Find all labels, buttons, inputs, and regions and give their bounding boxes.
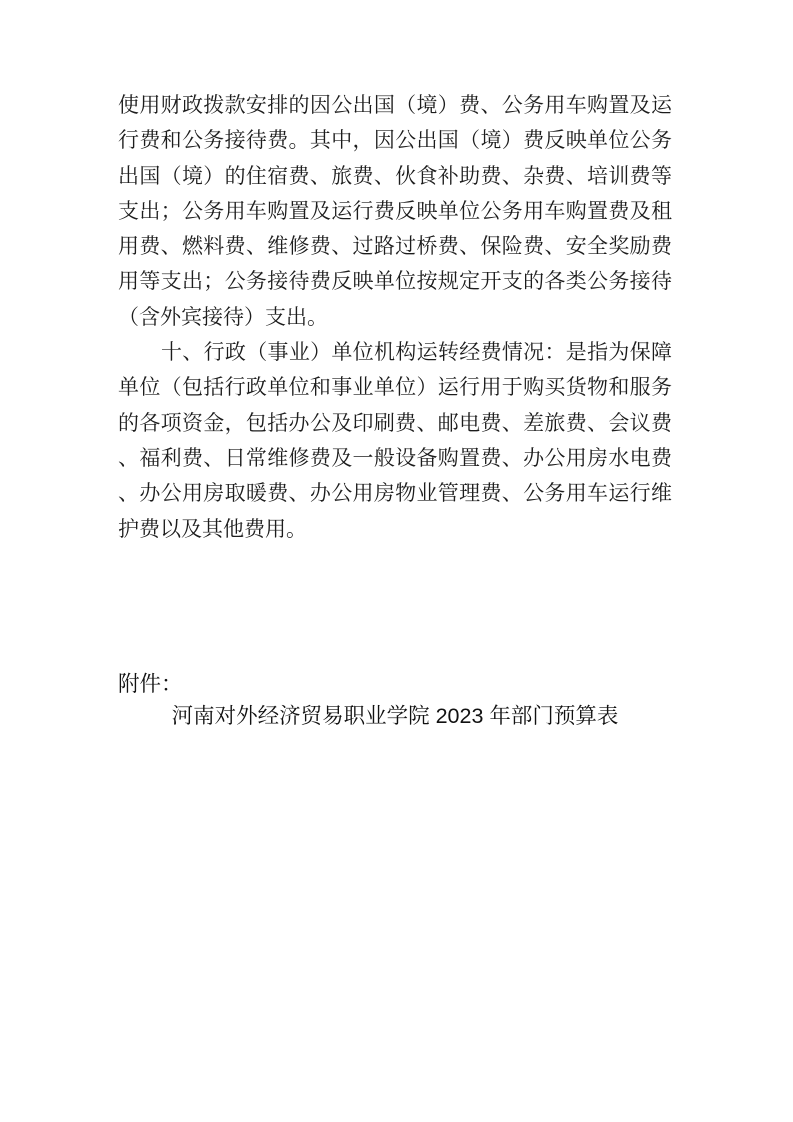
paragraph1-line-3: 出国（境）的住宿费、旅费、伙食补助费、杂费、培训费等 <box>118 159 672 194</box>
paragraph1-line-6: 用等支出；公务接待费反映单位按规定开支的各类公务接待 <box>118 264 672 299</box>
attachment-label: 附件： <box>118 669 183 699</box>
paragraph2-line-3: 的各项资金，包括办公及印刷费、邮电费、差旅费、会议费 <box>118 406 672 441</box>
attachment-title: 河南对外经济贸易职业学院 2023 年部门预算表 <box>118 701 672 731</box>
paragraph1-line-2: 行费和公务接待费。其中，因公出国（境）费反映单位公务 <box>118 123 672 158</box>
document-page: 使用财政拨款安排的因公出国（境）费、公务用车购置及运 行费和公务接待费。其中，因… <box>0 0 793 1122</box>
paragraph1-line-5: 用费、燃料费、维修费、过路过桥费、保险费、安全奖励费 <box>118 229 672 264</box>
paragraph1-line-4: 支出；公务用车购置及运行费反映单位公务用车购置费及租 <box>118 194 672 229</box>
paragraph2-line-4: 、福利费、日常维修费及一般设备购置费、办公用房水电费 <box>118 441 672 476</box>
body-text-block: 使用财政拨款安排的因公出国（境）费、公务用车购置及运 行费和公务接待费。其中，因… <box>118 88 672 547</box>
paragraph2-line-5: 、办公用房取暖费、办公用房物业管理费、公务用车运行维 <box>118 476 672 511</box>
paragraph2-line-1: 十、行政（事业）单位机构运转经费情况：是指为保障 <box>118 335 672 370</box>
paragraph1-line-7: （含外宾接待）支出。 <box>118 300 672 335</box>
paragraph2-line-6: 护费以及其他费用。 <box>118 512 672 547</box>
paragraph2-line-2: 单位（包括行政单位和事业单位）运行用于购买货物和服务 <box>118 370 672 405</box>
paragraph1-line-1: 使用财政拨款安排的因公出国（境）费、公务用车购置及运 <box>118 88 672 123</box>
